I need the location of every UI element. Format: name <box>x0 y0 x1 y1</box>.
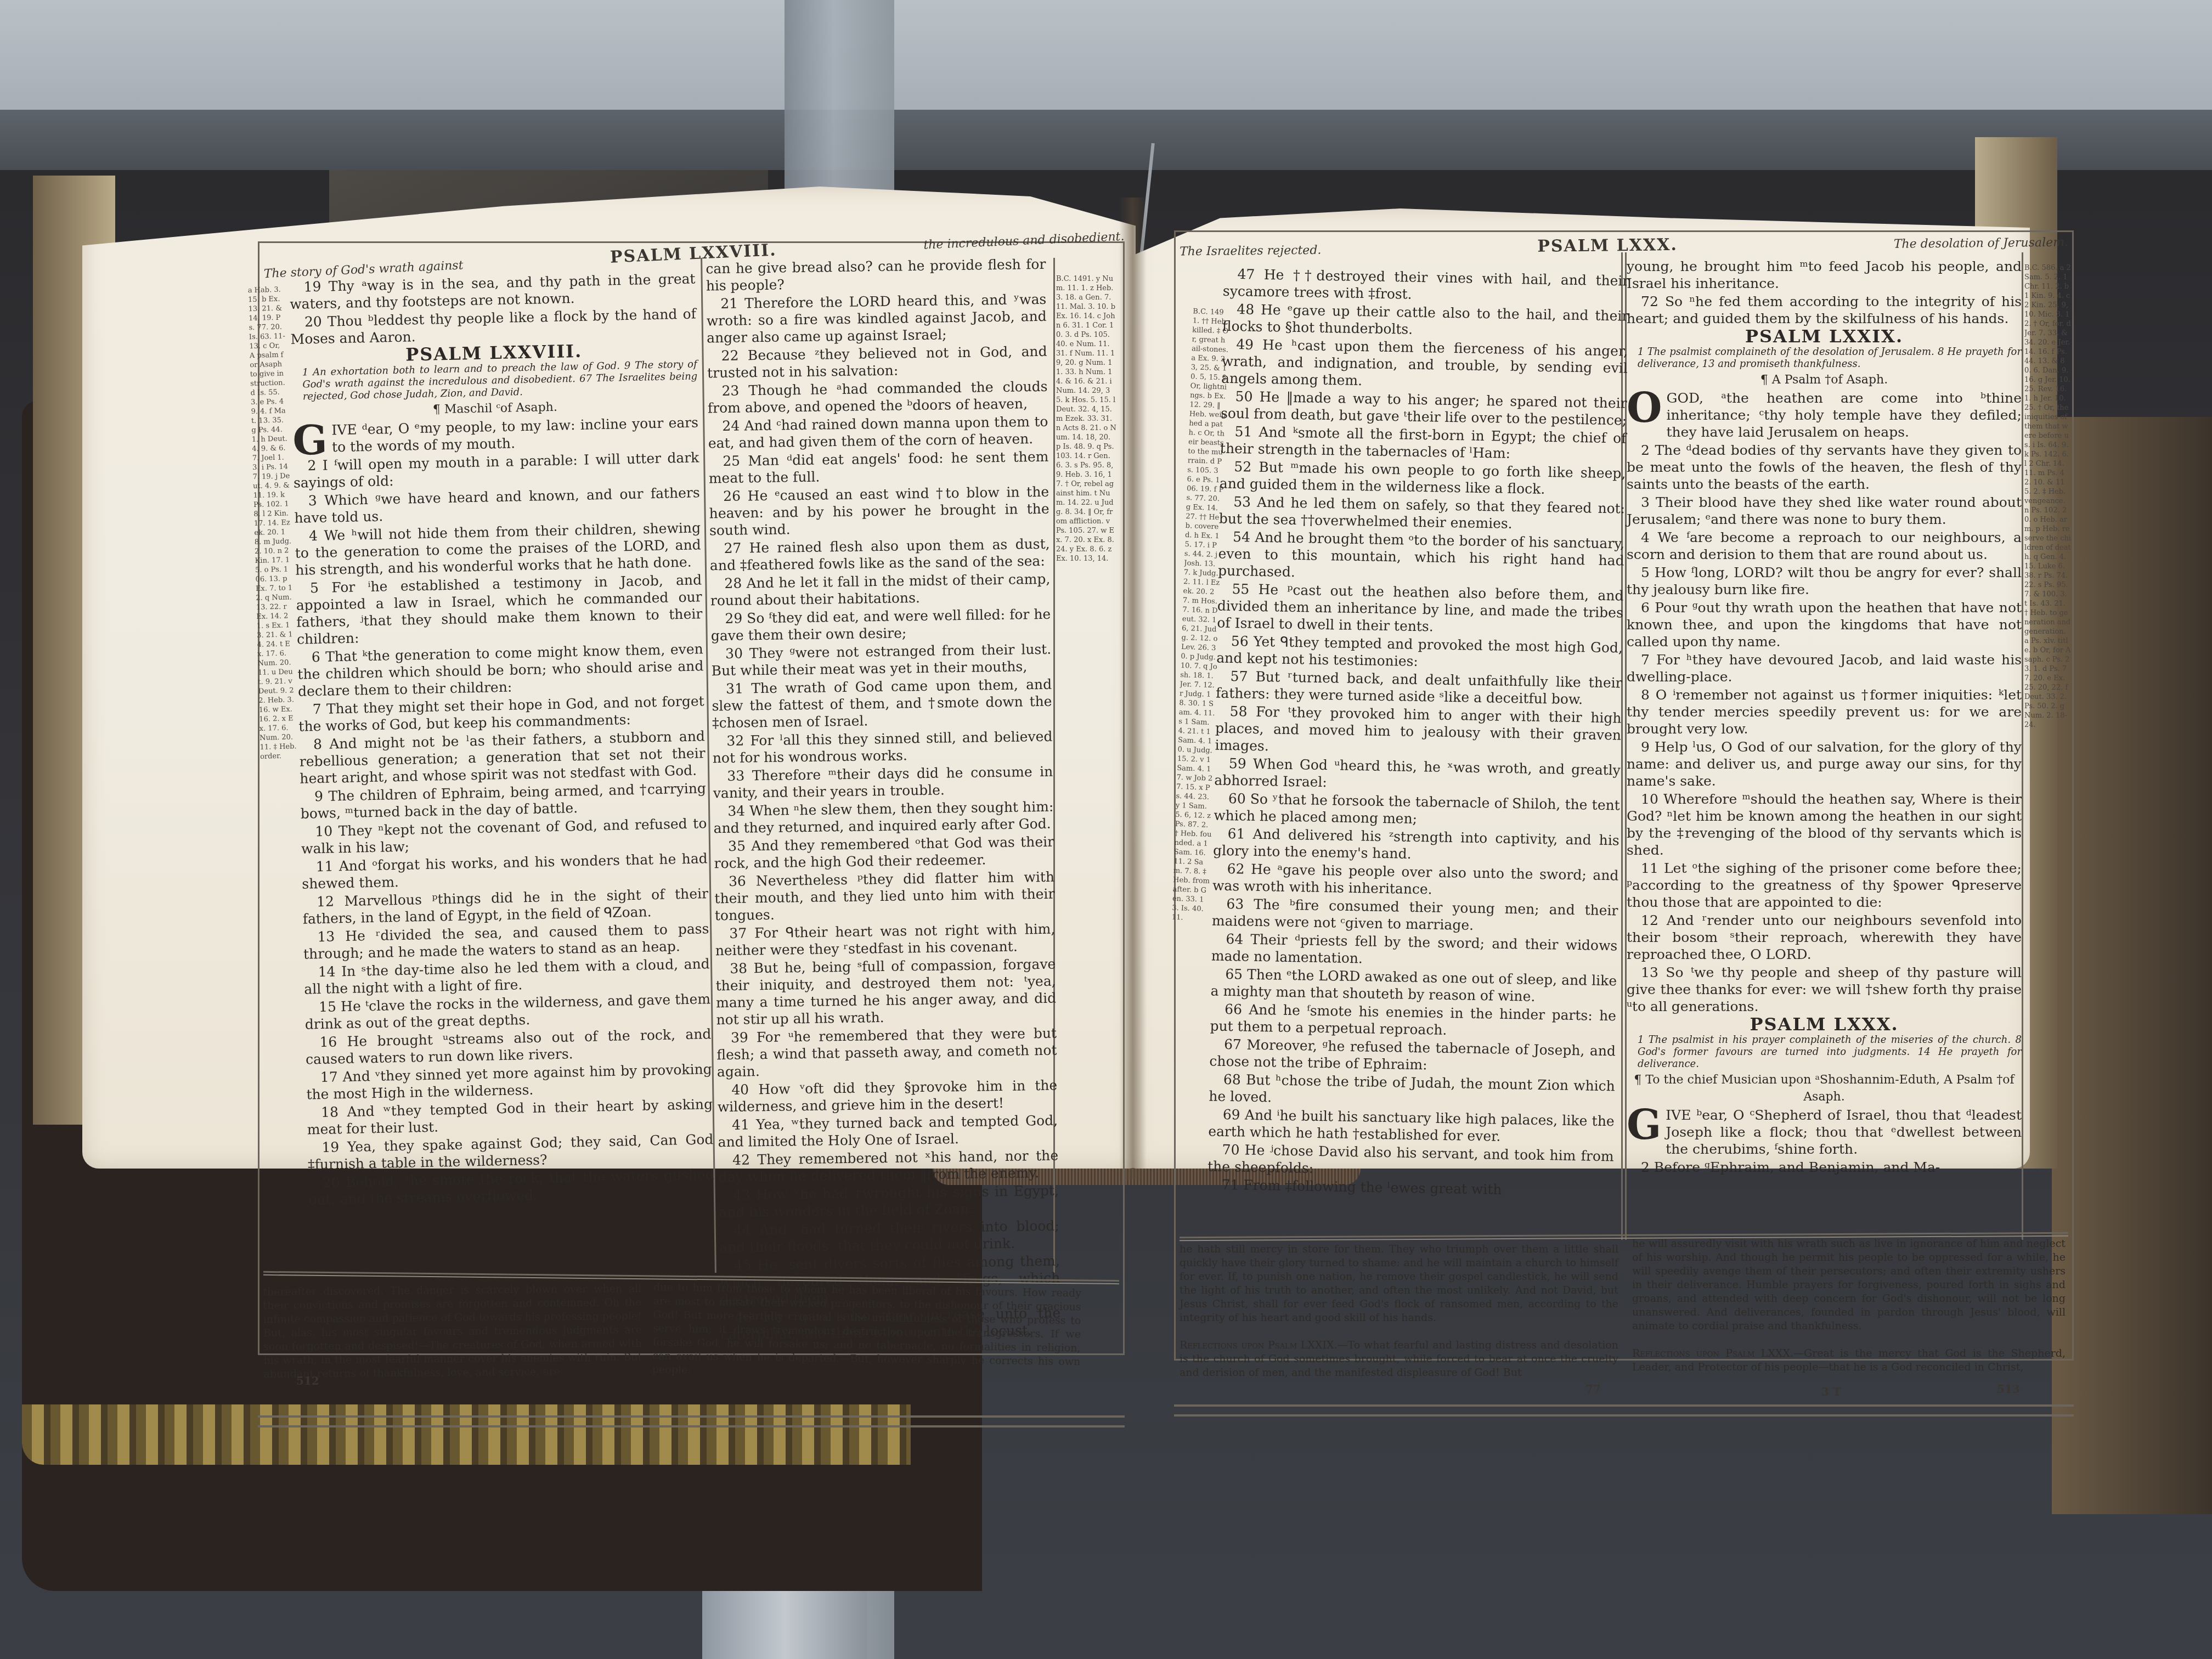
verse: 41 Yea, ʷthey turned back and tempted Go… <box>718 1112 1058 1151</box>
verse: 39 For ᵘhe remembered that they were but… <box>716 1025 1057 1081</box>
left-page-column-2: can he give bread also? can he provide f… <box>706 256 1061 1344</box>
verse: 63 The ᵇfire consumed their young men; a… <box>1212 895 1618 936</box>
verse: 33 Therefore ᵐtheir days did he consume … <box>713 763 1053 802</box>
verse: 25 Man ᵈdid eat angels' food: he sent th… <box>708 448 1049 487</box>
verse: 50 He ‖made a way to his anger; he spare… <box>1221 388 1627 429</box>
verse: 48 He ᵉgave up their cattle also to the … <box>1222 301 1629 342</box>
psalm-superscription: ¶ To the chief Musician upon ᵃShoshannim… <box>1627 1071 2022 1105</box>
verse: 8 And might not be ˡas their fathers, a … <box>299 727 706 787</box>
verse: 35 And they remembered ᵒthat God was the… <box>714 833 1054 872</box>
verse: 36 Nevertheless ᵖthey did flatter him wi… <box>714 868 1055 924</box>
margin-references-left-center: B.C. 1491. y Num. 11. 1. z Heb. 3. 18. a… <box>1056 274 1116 1273</box>
signature-mark: 77 <box>1585 1383 1601 1396</box>
verse: 2 Before ᵍEphraim, and Benjamin, and Ma- <box>1627 1159 2022 1176</box>
right-page-column-1: 47 He ††destroyed their vines with hail,… <box>1207 266 1629 1201</box>
verse: 38 But he, being ˢfull of compassion, fo… <box>715 956 1057 1029</box>
psalm-title: PSALM LXXIX. <box>1627 328 2022 345</box>
verse: 28 And he let it fall in the midst of th… <box>710 571 1051 610</box>
verse: OGOD, ᵃthe heathen are come into ᵇthine … <box>1627 390 2022 441</box>
commentary-text: he hath still mercy in store for them. T… <box>1180 1243 1618 1324</box>
verse: 11 Let ᵒthe sighing of the prisoner come… <box>1627 860 2022 911</box>
verse: 2 The ᵈdead bodies of thy servants have … <box>1627 442 2022 493</box>
verse: 72 So ⁿhe fed them according to the inte… <box>1627 293 2022 327</box>
verse: 70 He ʲchose David also his servant, and… <box>1207 1141 1614 1182</box>
verse: 55 He ᵖcast out the heathen also before … <box>1217 580 1624 639</box>
verse: can he give bread also? can he provide f… <box>706 256 1046 295</box>
verse: 62 He ᵃgave his people over also unto th… <box>1212 860 1619 901</box>
verse: 31 The wrath of God came upon them, and … <box>712 676 1052 732</box>
running-head-center: PSALM LXXX. <box>1537 235 1678 256</box>
verse: 13 So ᵗwe thy people and sheep of thy pa… <box>1627 964 2022 1015</box>
verse: 57 But ʳturned back, and dealt unfaithfu… <box>1216 668 1622 709</box>
verse: 6 Pour ᵍout thy wrath upon the heathen t… <box>1627 599 2022 650</box>
display-case-lid <box>0 0 2212 110</box>
verse: 47 He ††destroyed their vines with hail,… <box>1223 266 1629 307</box>
verse: 42 They remembered not ˣhis hand, nor th… <box>718 1147 1059 1186</box>
verse: 12 And ʳrender unto our neighbours seven… <box>1627 912 2022 963</box>
reflection-heading: Reflections upon Psalm LXXX. <box>1632 1347 1793 1359</box>
display-case-edge <box>0 110 2212 170</box>
verse: 23 Though he ᵃhad commanded the clouds f… <box>707 378 1048 417</box>
drop-cap: G <box>1627 1109 1661 1142</box>
verse: 60 So ʸthat he forsook the tabernacle of… <box>1214 790 1620 831</box>
psalm-superscription: ¶ A Psalm †of Asaph. <box>1627 371 2022 388</box>
verse: 4 We ʰwill not hide them from their chil… <box>295 519 702 578</box>
psalm-summary: 1 The psalmist complaineth of the desola… <box>1627 346 2022 370</box>
commentary-text: he will assuredly visit with his wrath s… <box>1632 1238 2066 1332</box>
verse: 68 But ʰchose the tribe of Judah, the mo… <box>1209 1070 1615 1111</box>
column-divider <box>2022 252 2023 1240</box>
verse: 26 He ᵉcaused an east wind †to blow in t… <box>709 483 1049 539</box>
verse: 69 And ⁱhe built his sanctuary like high… <box>1208 1105 1615 1147</box>
left-commentary-col2: due to him from those to whom he has bee… <box>652 1281 1081 1383</box>
right-commentary-col1: he hath still mercy in store for them. T… <box>1180 1243 1618 1380</box>
verse: 59 When God ᵘheard this, he ˣwas wroth, … <box>1214 755 1621 796</box>
verse: GIVE ᵇear, O ᶜShepherd of Israel, thou t… <box>1627 1107 2022 1158</box>
verse: 7 For ʰthey have devoured Jacob, and lai… <box>1627 651 2022 685</box>
verse: 64 Their ᵈpriests fell by the sword; and… <box>1211 930 1618 971</box>
verse: 40 How ᵛoft did they §provoke him in the… <box>717 1077 1058 1116</box>
drop-cap: O <box>1627 392 1662 425</box>
verse: 32 For ˡall this they sinned still, and … <box>712 728 1053 767</box>
verse: 44 And ᶻhad turned their rivers into blo… <box>719 1217 1060 1256</box>
verse: 53 And he led them on safely, so that th… <box>1219 493 1626 534</box>
verse: 22 Because ᶻthey believed not in God, an… <box>707 343 1047 382</box>
verse: 5 How ᶠlong, LORD? wilt thou be angry fo… <box>1627 564 2022 598</box>
verse: 24 And ᶜhad rained down manna upon them … <box>708 413 1048 452</box>
verse: 34 When ⁿhe slew them, then they sought … <box>713 798 1054 837</box>
verse: 9 Help ˡus, O God of our salvation, for … <box>1627 738 2022 789</box>
verse: 58 For ᵗthey provoked him to anger with … <box>1215 703 1622 761</box>
verse: 54 And he brought them ᵒto the border of… <box>1218 528 1625 586</box>
margin-references-right-outer: B.C. 586. a 2 Sam. 5. 2. 1 Chr. 11. 2. b… <box>2024 263 2071 1240</box>
verse: 66 And he ᶠsmote his enemies in the hind… <box>1210 1000 1616 1041</box>
verse: 52 But ᵐmade his own people to go forth … <box>1220 458 1626 499</box>
verse: 27 He rained flesh also upon them as dus… <box>709 535 1050 574</box>
verse: 61 And delivered his ᶻstrength into capt… <box>1213 825 1620 866</box>
cover-right <box>2052 417 2212 1514</box>
verse: 67 Moreover, ᵍhe refused the tabernacle … <box>1209 1035 1616 1076</box>
signature-letter: 3 T <box>1821 1385 1841 1398</box>
verse: 56 Yet ᑫthey tempted and provoked the mo… <box>1216 633 1623 674</box>
verse: 6 That ᵏthe generation to come might kno… <box>297 640 704 699</box>
verse: 10 Wherefore ᵐshould the heathen say, Wh… <box>1627 791 2022 859</box>
verse: 29 So ᶠthey did eat, and were well fille… <box>710 606 1051 645</box>
left-page-number: 512 <box>296 1374 319 1387</box>
left-bottom-rule <box>258 1415 1125 1427</box>
verse: 43 How ʸhe had †wrought his signs in Egy… <box>719 1182 1059 1221</box>
verse: 8 O ⁱremember not against us †former ini… <box>1627 686 2022 737</box>
running-head-left: The Israelites rejected. <box>1180 244 1322 259</box>
verse: 30 They ᵍwere not estranged from their l… <box>711 641 1052 680</box>
verse: 5 For ⁱhe established a testimony in Jac… <box>296 571 703 647</box>
left-page-column-1: 19 Thy ᵃway is in the sea, and thy path … <box>289 270 714 1209</box>
verse: 20 Behold, ˣhe smote the rock, that the … <box>308 1166 715 1208</box>
psalm-summary: 1 An exhortation both to learn and to pr… <box>291 358 698 403</box>
verse: 51 And ᵏsmote all the first-born in Egyp… <box>1220 423 1627 464</box>
verse: 3 Their blood have they shed like water … <box>1627 494 2022 528</box>
psalm-summary: 1 The psalmist in his prayer complaineth… <box>1627 1034 2022 1070</box>
verse: 65 Then ᵉthe LORD awaked as one out of s… <box>1210 965 1617 1006</box>
verse: young, he brought him ᵐto feed Jacob his… <box>1627 258 2022 292</box>
verse: 49 He ʰcast upon them the fierceness of … <box>1221 336 1628 394</box>
reflection-heading: Reflections upon Psalm LXXIX. <box>1180 1339 1338 1351</box>
right-page-number: 513 <box>1997 1383 2020 1396</box>
right-bottom-rule <box>1174 1404 2074 1417</box>
verse: 4 We ᶠare become a reproach to our neigh… <box>1627 529 2022 563</box>
gilt-edge <box>22 1404 911 1465</box>
right-commentary-col2: he will assuredly visit with his wrath s… <box>1632 1237 2066 1374</box>
verse: 37 For ᑫtheir heart was not right with h… <box>715 921 1056 960</box>
psalm-title: PSALM LXXX. <box>1627 1016 2022 1033</box>
verse: 21 Therefore the LORD heard this, and ʸw… <box>706 291 1047 347</box>
right-page-column-2: young, he brought him ᵐto feed Jacob his… <box>1627 258 2022 1177</box>
drop-cap: G <box>292 424 328 458</box>
left-commentary-col1: thereafter discovered. The danger is sca… <box>263 1282 642 1381</box>
running-head-right: The desolation of Jerusalem. <box>1894 236 2068 251</box>
